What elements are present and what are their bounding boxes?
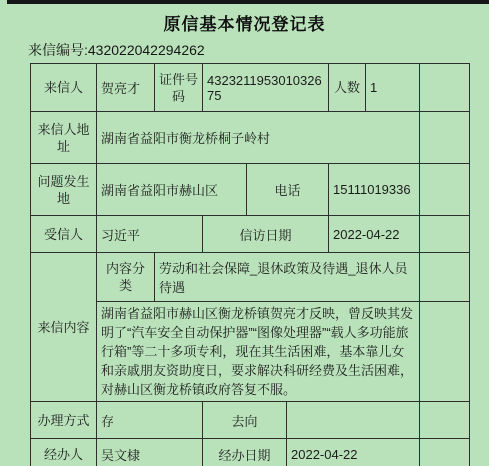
field-category-value: 劳动和社会保障_退休政策及待遇_退休人员待遇: [155, 253, 420, 302]
row-issue-place: 问题发生地 湖南省益阳市赫山区 电话 15111019336: [31, 164, 470, 216]
field-phone-value: 15111019336: [329, 164, 420, 216]
field-petition-date-value: 2022-04-22: [329, 216, 420, 253]
empty-cell: [420, 402, 470, 439]
letter-number-line: 来信编号:432022042294262: [28, 40, 489, 60]
field-destination-value: [287, 402, 420, 439]
field-sender-value: 贺亮才: [97, 64, 155, 112]
field-destination-label: 去向: [203, 402, 287, 439]
field-recipient-value: 习近平: [97, 216, 203, 253]
field-people-value: 1: [366, 64, 420, 112]
field-recipient-label: 受信人: [31, 216, 97, 253]
field-issue-place-value: 湖南省益阳市赫山区: [97, 164, 247, 216]
empty-cell: [420, 253, 470, 302]
field-id-number-label: 证件号码: [155, 64, 203, 112]
empty-cell: [420, 164, 470, 216]
row-category: 来信内容 内容分类 劳动和社会保障_退休政策及待遇_退休人员待遇: [31, 253, 470, 302]
field-handling-method-value: 存: [97, 402, 203, 439]
field-people-label: 人数: [329, 64, 366, 112]
letter-number-label: 来信编号:: [28, 42, 88, 58]
field-handler-label: 经办人: [31, 439, 97, 466]
field-phone-label: 电话: [247, 164, 329, 216]
row-sender-address: 来信人地址 湖南省益阳市衡龙桥桐子岭村: [31, 112, 470, 164]
field-handle-date-value: 2022-04-22: [287, 439, 420, 466]
letter-number-value: 432022042294262: [88, 42, 205, 58]
top-black-bar: [7, 0, 489, 4]
empty-cell: [420, 302, 470, 402]
empty-cell: [420, 64, 470, 112]
field-handler-value: 吴文棣: [97, 439, 203, 466]
row-content-text: 湖南省益阳市赫山区衡龙桥镇贺亮才反映，曾反映其发明了“汽车安全自动保护器”“图像…: [31, 302, 470, 402]
field-letter-content-label: 来信内容: [31, 253, 97, 402]
field-petition-date-label: 信访日期: [203, 216, 329, 253]
field-category-label: 内容分类: [97, 253, 155, 302]
field-sender-address-value: 湖南省益阳市衡龙桥桐子岭村: [97, 112, 420, 164]
row-recipient: 受信人 习近平 信访日期 2022-04-22: [31, 216, 470, 253]
empty-cell: [420, 112, 470, 164]
empty-cell: [420, 216, 470, 253]
field-content-text: 湖南省益阳市赫山区衡龙桥镇贺亮才反映，曾反映其发明了“汽车安全自动保护器”“图像…: [97, 302, 420, 402]
field-sender-address-label: 来信人地址: [31, 112, 97, 164]
empty-cell: [420, 439, 470, 466]
row-handler: 经办人 吴文棣 经办日期 2022-04-22: [31, 439, 470, 466]
registration-table: 来信人 贺亮才 证件号码 432321195301032675 人数 1 来信人…: [30, 63, 470, 466]
page-title: 原信基本情况登记表: [0, 10, 489, 35]
field-handling-method-label: 办理方式: [31, 402, 97, 439]
field-issue-place-label: 问题发生地: [31, 164, 97, 216]
field-handle-date-label: 经办日期: [203, 439, 287, 466]
row-sender: 来信人 贺亮才 证件号码 432321195301032675 人数 1: [31, 64, 470, 112]
field-sender-label: 来信人: [31, 64, 97, 112]
field-id-number-value: 432321195301032675: [203, 64, 329, 112]
row-handling-method: 办理方式 存 去向: [31, 402, 470, 439]
